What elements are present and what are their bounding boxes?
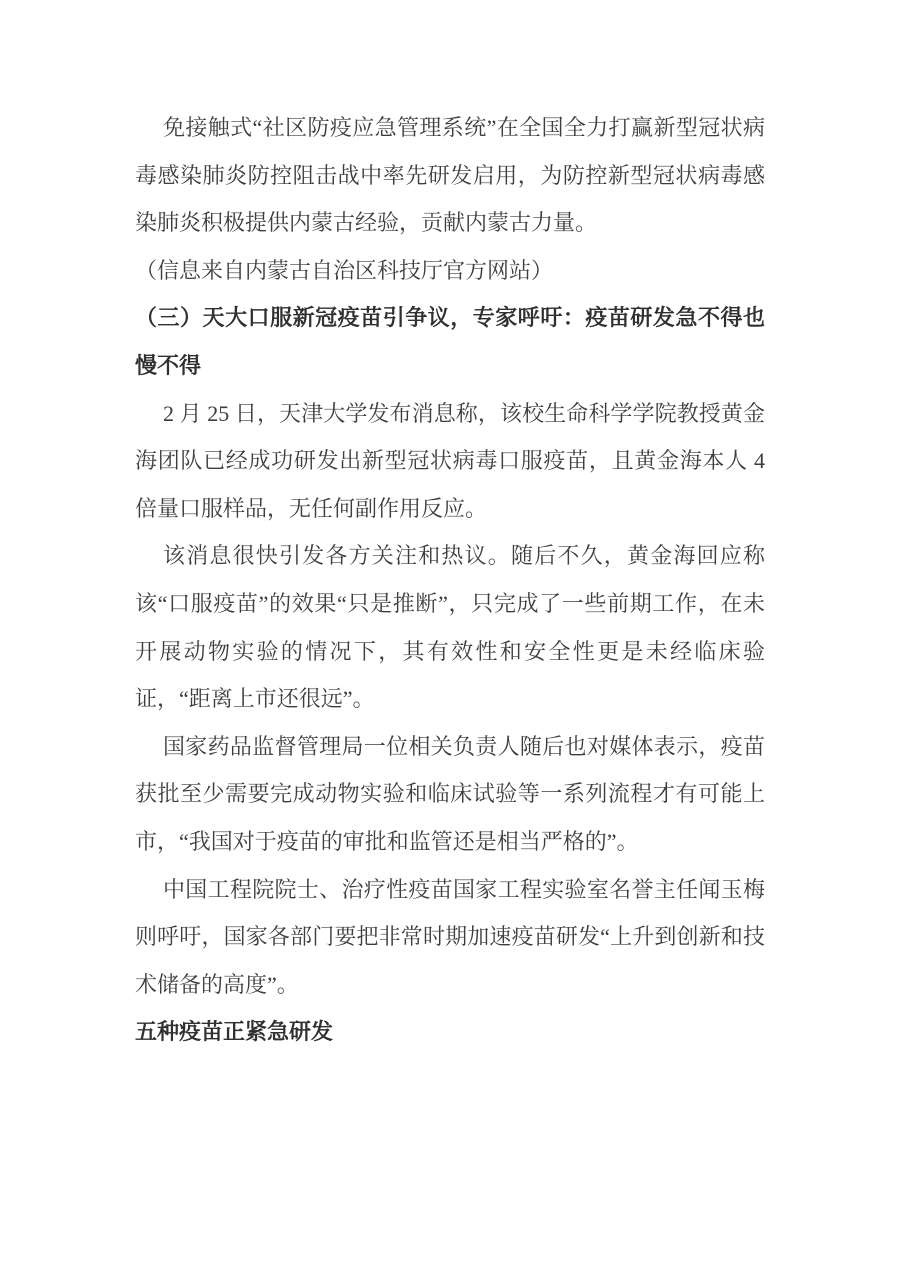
section-heading-vaccine-controversy: （三）天大口服新冠疫苗引争议，专家呼吁：疫苗研发急不得也慢不得 bbox=[135, 294, 765, 389]
paragraph-source-note: （信息来自内蒙古自治区科技厅官方网站） bbox=[135, 247, 765, 295]
document-page: 免接触式“社区防疫应急管理系统”在全国全力打赢新型冠状病毒感染肺炎防控阻击战中率… bbox=[0, 0, 900, 1273]
paragraph-huang-jinhai-response: 该消息很快引发各方关注和热议。随后不久，黄金海回应称该“口服疫苗”的效果“只是推… bbox=[135, 532, 765, 722]
paragraph-wen-yumei-appeal: 中国工程院院士、治疗性疫苗国家工程实验室名誉主任闻玉梅则呼吁，国家各部门要把非常… bbox=[135, 866, 765, 1009]
section-heading-five-vaccines: 五种疫苗正紧急研发 bbox=[135, 1008, 765, 1056]
paragraph-nmpa-statement: 国家药品监督管理局一位相关负责人随后也对媒体表示，疫苗获批至少需要完成动物实验和… bbox=[135, 723, 765, 866]
paragraph-tianjin-university-announcement: 2 月 25 日，天津大学发布消息称，该校生命科学学院教授黄金海团队已经成功研发… bbox=[135, 390, 765, 533]
paragraph-inner-mongolia-system: 免接触式“社区防疫应急管理系统”在全国全力打赢新型冠状病毒感染肺炎防控阻击战中率… bbox=[135, 104, 765, 247]
